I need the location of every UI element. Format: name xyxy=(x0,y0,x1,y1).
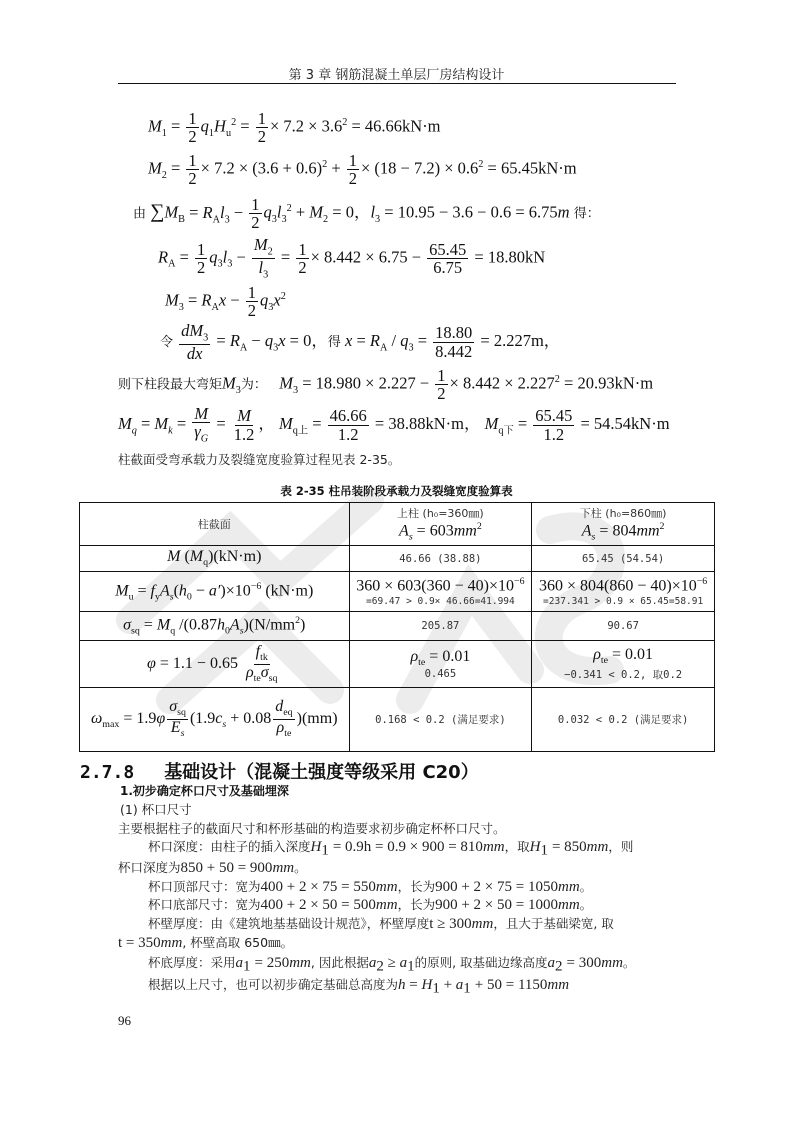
subsection-heading: 1.初步确定杯口尺寸及基础埋深 xyxy=(120,782,289,799)
paragraph-8: 杯底厚度：采用a1 = 250mm, 因此根据a2 ≥ a1的原则, 取基础边缘… xyxy=(148,953,635,976)
paragraph-4: 杯口顶部尺寸：宽为400 + 2 × 75 = 550mm，长为900 + 2 … xyxy=(148,877,592,896)
row-label-moment: M (Mq)(kN·m) xyxy=(80,546,350,572)
paragraph-1: 主要根据柱子的截面尺寸和杯形基础的构造要求初步确定杯杯口尺寸。 xyxy=(118,819,506,837)
row-label-sigma: σsq = Mq /(0.87h0As)(N/mm2) xyxy=(80,612,350,641)
equation-m3-max: 则下柱段最大弯矩M3为： M3 = 18.980 × 2.227 − 12× 8… xyxy=(118,367,653,403)
equation-ra: RA = 12q3l3 − M2l3 = 12× 8.442 × 6.75 − … xyxy=(158,236,545,281)
paragraph-6: 杯壁厚度：由《建筑地基基础设计规范》，杯壁厚度t ≥ 300mm，且大于基础梁宽… xyxy=(148,914,614,933)
section-heading: 2.7.8基础设计（混凝土强度等级采用 C20） xyxy=(80,758,479,784)
header-section: 柱截面 xyxy=(80,503,350,546)
table-row: M (Mq)(kN·m) 46.66 (38.88) 65.45 (54.54) xyxy=(80,546,715,572)
equation-sum-mb: 由 ∑MB = RAl3 − 12q3l32 + M2 = 0，l3 = 10.… xyxy=(133,196,600,232)
paragraph-3: 杯口深度为850 + 50 = 900mm。 xyxy=(118,858,307,877)
table-header-row: 柱截面 上柱 (h₀=360㎜) As = 603mm2 下柱 (h₀=860㎜… xyxy=(80,503,715,546)
row-label-omega: ωmax = 1.9φσsqEs(1.9cs + 0.08deqρte)(mm) xyxy=(80,688,350,752)
header-lower-column: 下柱 (h₀=860㎜) As = 804mm2 xyxy=(532,503,715,546)
equation-m3: M3 = RAx − 12q3x2 xyxy=(165,284,286,320)
table-row: Mu = fyAs(h0 − a′)×10−6 (kN·m) 360 × 603… xyxy=(80,572,715,612)
item-heading: (1) 杯口尺寸 xyxy=(120,800,192,818)
row-label-mu: Mu = fyAs(h0 − a′)×10−6 (kN·m) xyxy=(80,572,350,612)
paragraph-7: t = 350mm, 杯壁高取 650㎜。 xyxy=(118,933,293,952)
paragraph-9: 根据以上尺寸，也可以初步确定基础总高度为h = H1 + a1 + 50 = 1… xyxy=(148,975,569,998)
table-caption: 表 2-35 柱吊装阶段承载力及裂缝宽度验算表 xyxy=(0,483,793,499)
header-upper-column: 上柱 (h₀=360㎜) As = 603mm2 xyxy=(349,503,532,546)
paragraph-5: 杯口底部尺寸：宽为400 + 2 × 50 = 500mm，长为900 + 2 … xyxy=(148,895,592,914)
table-reference-text: 柱截面受弯承载力及裂缝宽度验算过程见表 2-35。 xyxy=(118,450,400,468)
row-label-phi: φ = 1.1 − 0.65 ftkρteσsq xyxy=(80,641,350,688)
equation-derivative: 令 dM3dx = RA − q3x = 0，得 x = RA / q3 = 1… xyxy=(160,322,560,362)
paragraph-2: 杯口深度：由柱子的插入深度H1 = 0.9h = 0.9 × 900 = 810… xyxy=(148,837,633,860)
page-number: 96 xyxy=(118,1013,131,1029)
table-row: σsq = Mq /(0.87h0As)(N/mm2) 205.87 90.67 xyxy=(80,612,715,641)
table-row: ωmax = 1.9φσsqEs(1.9cs + 0.08deqρte)(mm)… xyxy=(80,688,715,752)
equation-m2: M2 = 12× 7.2 × (3.6 + 0.6)2 + 12× (18 − … xyxy=(148,152,577,188)
running-header: 第 3 章 钢筋混凝土单层厂房结构设计 xyxy=(0,64,793,83)
equation-m1: M1 = 12q1Hu2 = 12× 7.2 × 3.62 = 46.66kN·… xyxy=(148,110,441,146)
check-table: 柱截面 上柱 (h₀=360㎜) As = 603mm2 下柱 (h₀=860㎜… xyxy=(79,502,715,752)
table-row: φ = 1.1 − 0.65 ftkρteσsq ρte = 0.01 0.46… xyxy=(80,641,715,688)
header-rule xyxy=(118,83,676,84)
equation-mq: Mq = Mk = MγG = M1.2， Mq上 = 46.661.2 = 3… xyxy=(118,405,670,445)
